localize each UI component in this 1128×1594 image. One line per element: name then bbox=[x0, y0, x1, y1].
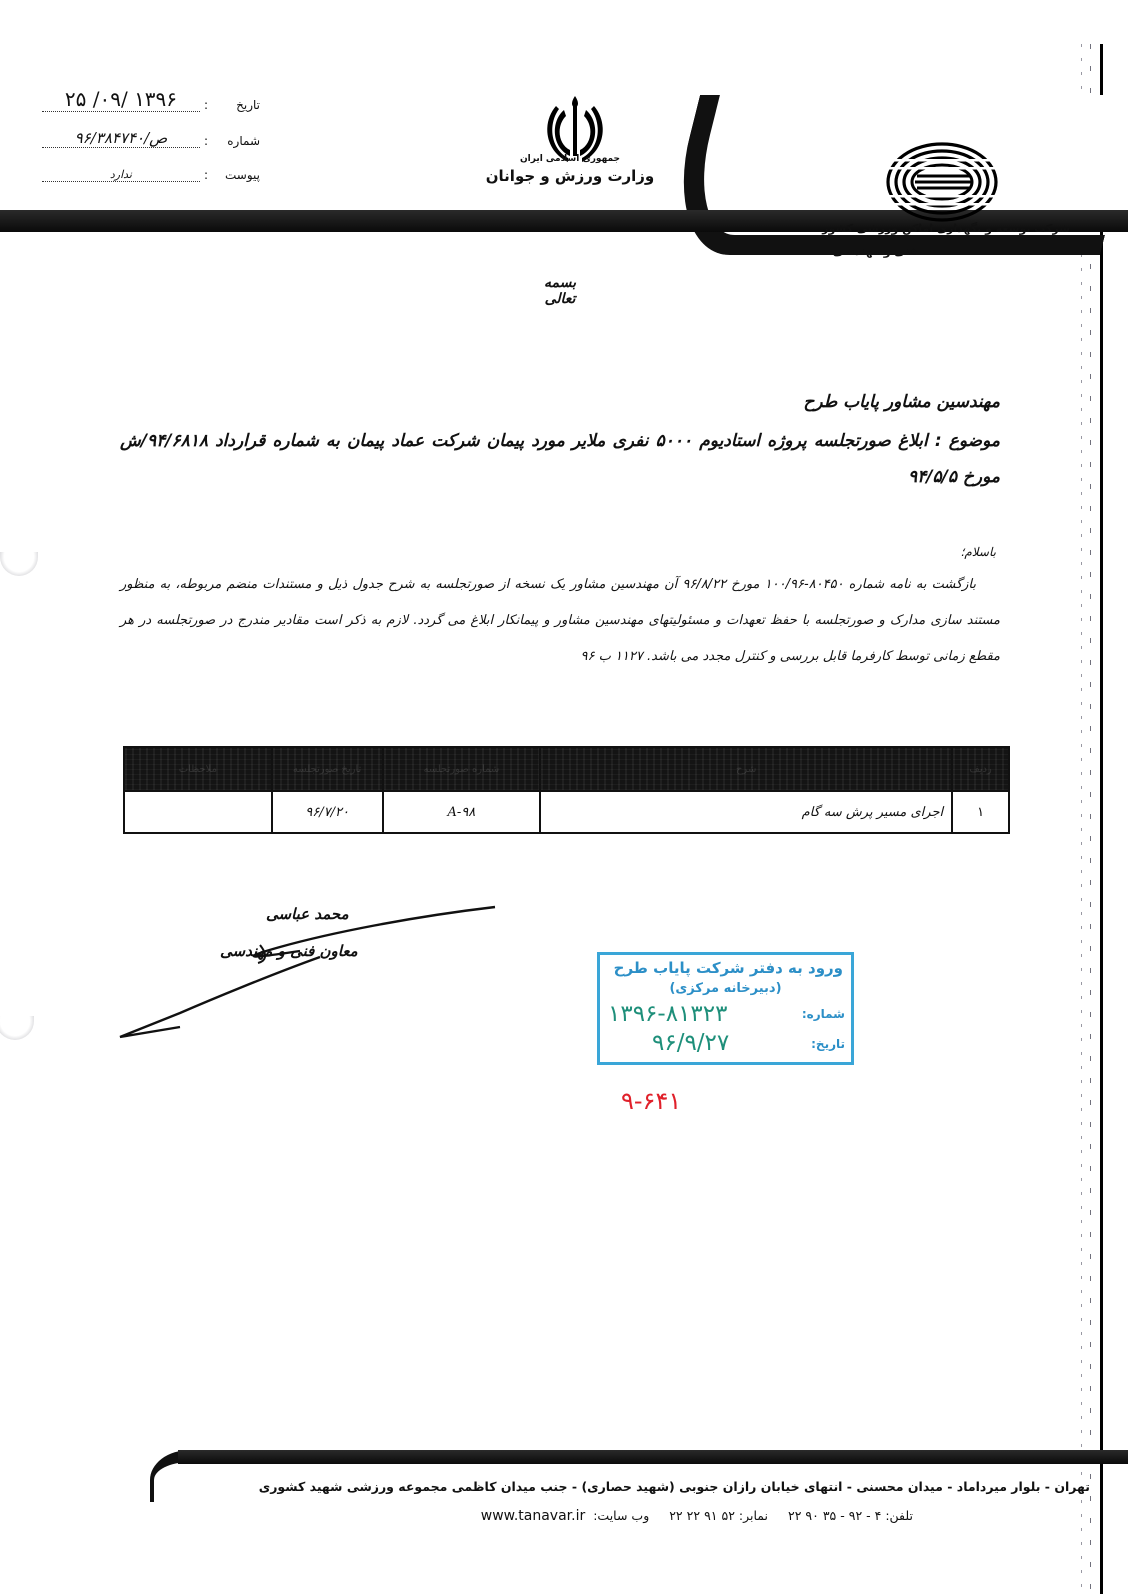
cell-index: ۱ bbox=[952, 791, 1009, 833]
page-edge-rule bbox=[1100, 44, 1103, 1594]
stamp-title: ورود به دفتر شرکت پایاب طرح bbox=[614, 959, 843, 977]
punch-hole bbox=[0, 1016, 34, 1040]
colon: : bbox=[204, 168, 208, 182]
signer-name: محمد عباسی bbox=[266, 905, 349, 923]
date-row: تاریخ : ۱۳۹۶ /۰۹/ ۲۵ bbox=[42, 88, 260, 112]
ministry-subtitle: جمهوری اسلامی ایران bbox=[490, 154, 650, 164]
punch-hole bbox=[0, 552, 38, 576]
attachment-row: پیوست : ندارد bbox=[42, 158, 260, 182]
stamp-number-label: شماره: bbox=[802, 1007, 845, 1021]
signer-title: معاون فنی و مهندسی bbox=[220, 942, 358, 960]
greeting: باسلام؛ bbox=[961, 545, 996, 559]
scan-artifact-dots bbox=[1081, 44, 1082, 1594]
number-row: شماره : ص/۹۶/۳۸۴۷۴۰ bbox=[42, 124, 260, 148]
stamp-date-label: تاریخ: bbox=[811, 1037, 845, 1051]
bismillah: بسمه تعالی bbox=[530, 275, 590, 307]
reference-block: تاریخ : ۱۳۹۶ /۰۹/ ۲۵ شماره : ص/۹۶/۳۸۴۷۴۰… bbox=[0, 88, 260, 188]
stamp-number-value: ۱۳۹۶-۸۱۳۲۳ bbox=[608, 1001, 727, 1027]
footer-fax: نمابر: ۵۲ ۹۱ ۲۲ ۲۲ bbox=[669, 1508, 768, 1523]
attachment-value: ندارد bbox=[42, 168, 200, 182]
footer-address: تهران - بلوار میرداماد - میدان محسنی - ا… bbox=[259, 1479, 1090, 1494]
stamp-date-value: ۹۶/۹/۲۷ bbox=[652, 1030, 729, 1056]
handwritten-note: ۹-۶۴۱ bbox=[621, 1087, 681, 1115]
letter-subject: موضوع : ابلاغ صورتجلسه پروژه استادیوم ۵۰… bbox=[120, 423, 1000, 495]
minutes-table: ردیف شرح شماره صورتجلسه تاریخ صورتجلسه م… bbox=[123, 746, 1010, 834]
ministry-name: وزارت ورزش و جوانان bbox=[470, 167, 670, 185]
footer-band bbox=[178, 1450, 1128, 1464]
cell-notes bbox=[124, 791, 272, 833]
scan-artifact-dots bbox=[1090, 44, 1091, 1594]
number-label: شماره bbox=[212, 134, 260, 148]
company-logo-icon bbox=[885, 140, 1000, 225]
header-date: تاریخ صورتجلسه bbox=[272, 747, 383, 791]
header-description: شرح bbox=[540, 747, 952, 791]
footer-contact: تلفن: ۴ - ۹۲ - ۳۵ ۹۰ ۲۲ نمابر: ۵۲ ۹۱ ۲۲ … bbox=[465, 1508, 913, 1524]
table-header-row: ردیف شرح شماره صورتجلسه تاریخ صورتجلسه م… bbox=[124, 747, 1009, 791]
cell-code: A-۹۸ bbox=[383, 791, 541, 833]
header-code: شماره صورتجلسه bbox=[383, 747, 541, 791]
company-name: شرکت توسعه و نگهداری اماکن ورزشی کشور bbox=[790, 222, 1070, 235]
cell-date: ۹۶/۷/۲۰ bbox=[272, 791, 383, 833]
date-label: تاریخ bbox=[212, 98, 260, 112]
letter-body: بازگشت به نامه شماره ۸۰۴۵۰-۱۰۰/۹۶ مورخ ۹… bbox=[120, 567, 1000, 675]
header-notes: ملاحظات bbox=[124, 747, 272, 791]
company-department: فنی و مهندسی bbox=[820, 245, 930, 258]
stamp-subtitle: (دبیرخانه مرکزی) bbox=[600, 981, 851, 996]
footer-website-label: وب سایت: bbox=[593, 1508, 649, 1523]
header-index: ردیف bbox=[952, 747, 1009, 791]
received-stamp: ورود به دفتر شرکت پایاب طرح (دبیرخانه مر… bbox=[597, 952, 854, 1065]
colon: : bbox=[204, 134, 208, 148]
colon: : bbox=[204, 98, 208, 112]
cell-description: اجرای مسیر پرش سه گام bbox=[540, 791, 952, 833]
addressee: مهندسین مشاور پایاب طرح bbox=[803, 392, 1000, 412]
table-row: ۱ اجرای مسیر پرش سه گام A-۹۸ ۹۶/۷/۲۰ bbox=[124, 791, 1009, 833]
footer-website-link[interactable]: www.tanavar.ir bbox=[481, 1508, 585, 1524]
number-value: ص/۹۶/۳۸۴۷۴۰ bbox=[42, 129, 200, 148]
attachment-label: پیوست bbox=[212, 168, 260, 182]
date-value: ۱۳۹۶ /۰۹/ ۲۵ bbox=[42, 87, 200, 112]
footer-phone: تلفن: ۴ - ۹۲ - ۳۵ ۹۰ ۲۲ bbox=[788, 1508, 913, 1523]
